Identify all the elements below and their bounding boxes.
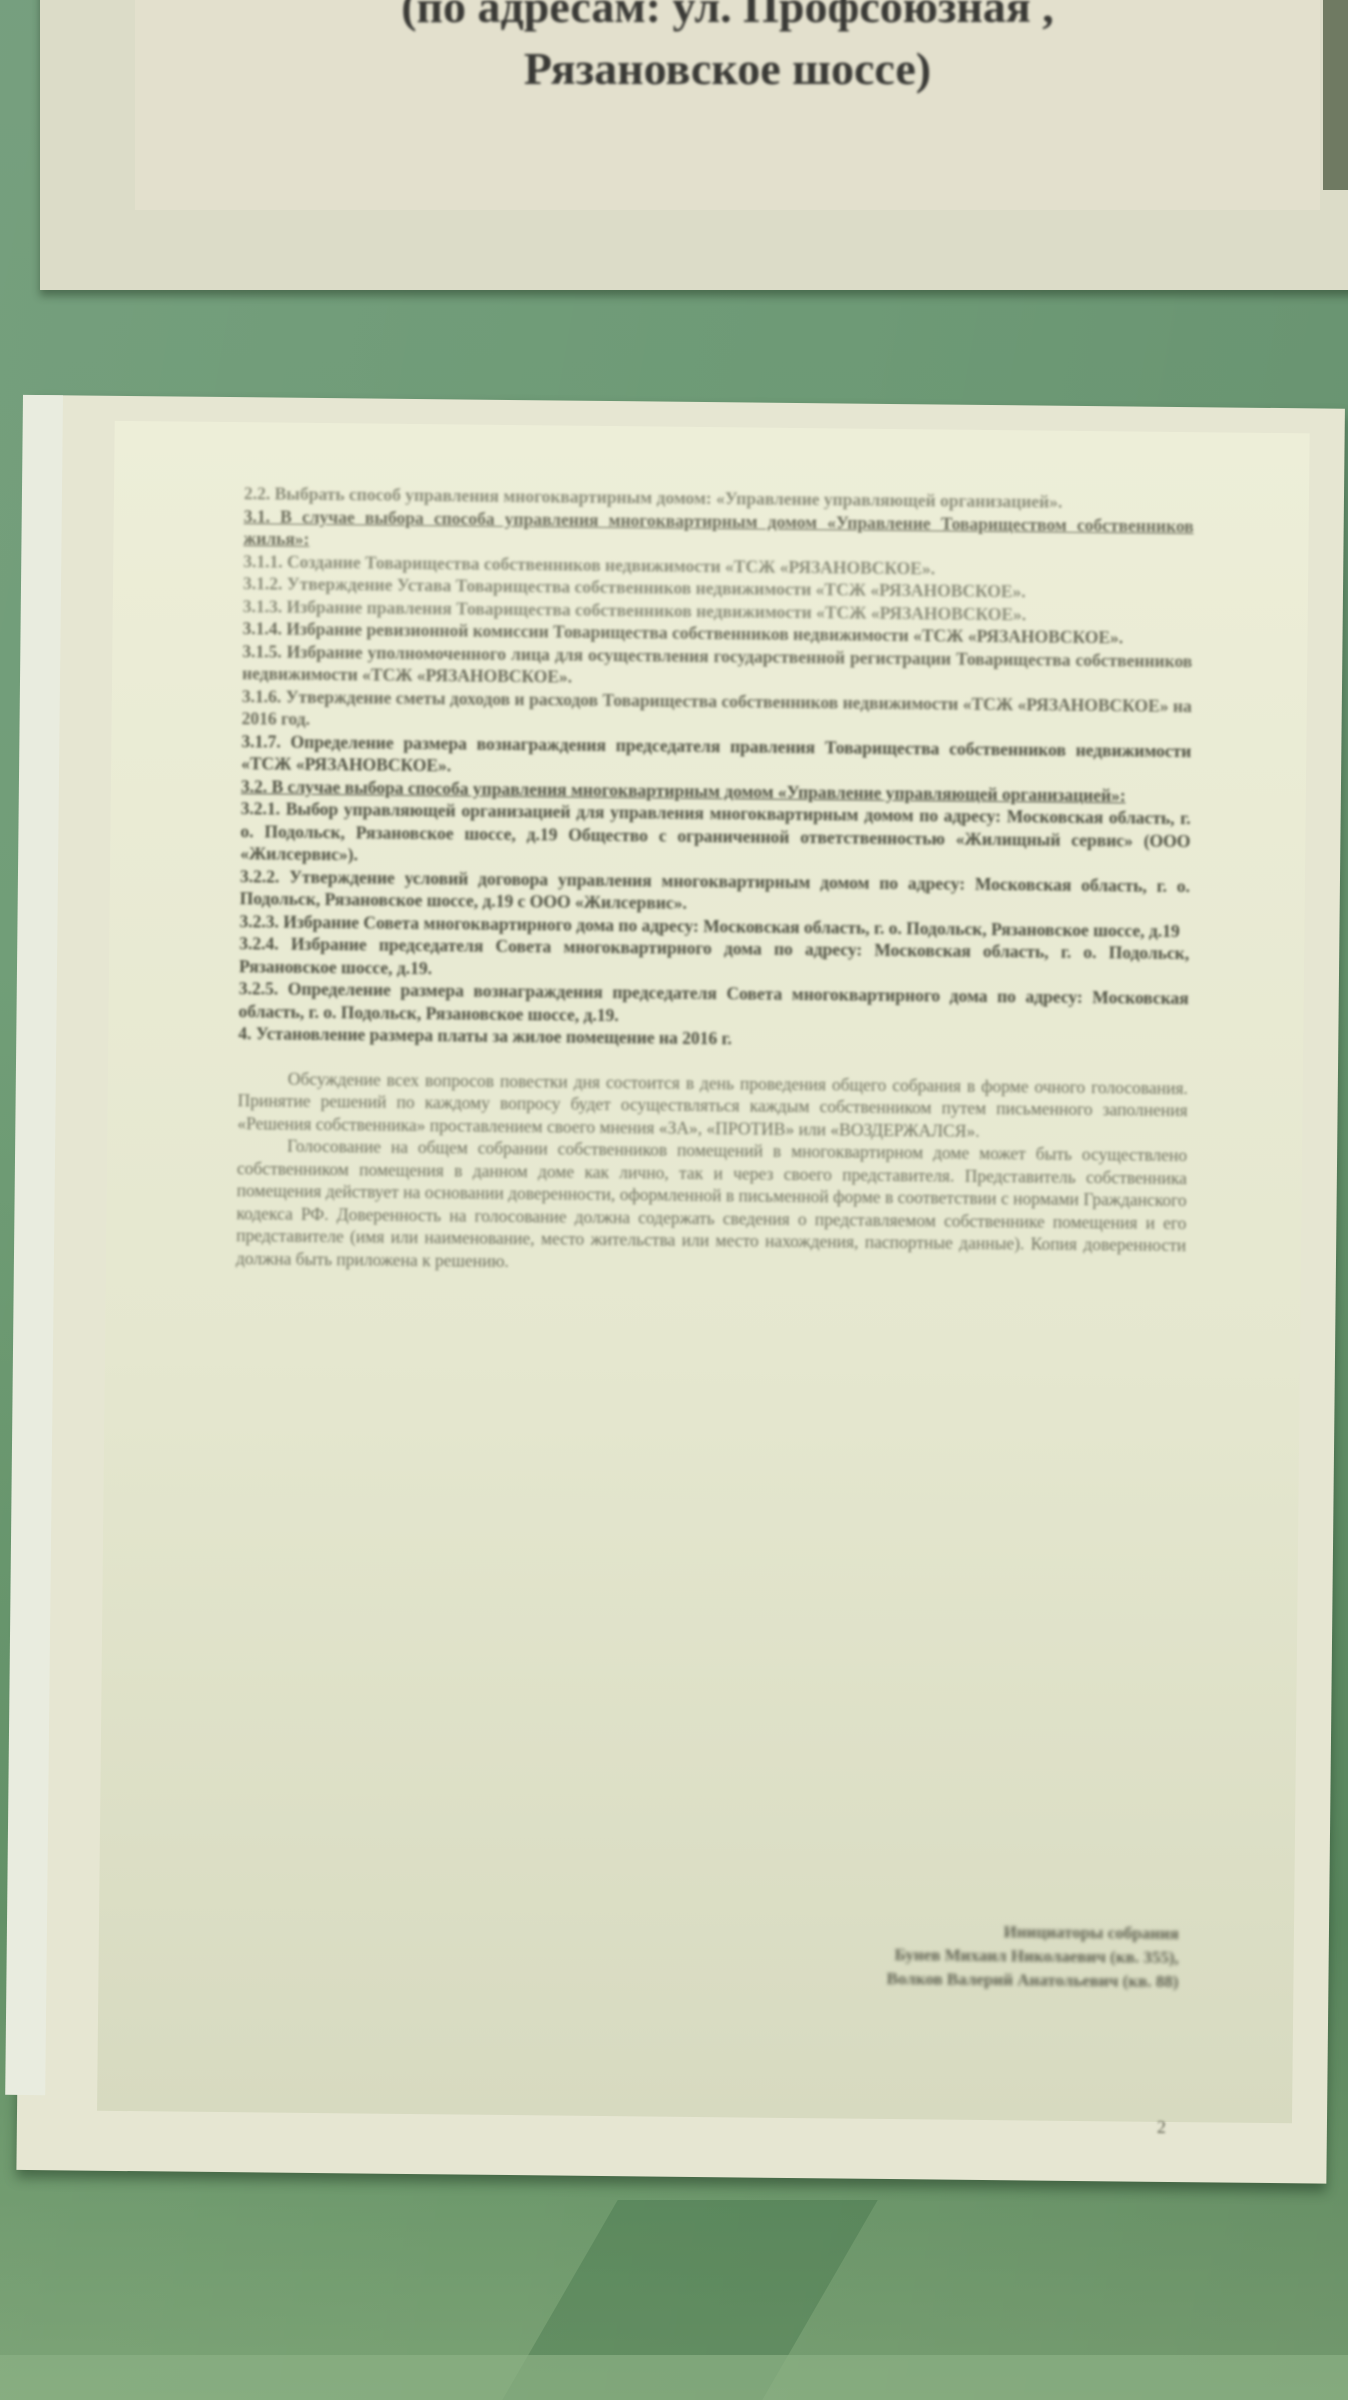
signatory: Волков Валерий Анатольевич (кв. 88) [698,1965,1178,1994]
top-notice-frame: (по адресам: ул. Профсоюзная , Рязановск… [40,0,1348,290]
document-body: 2.2. Выбрать способ управления многоквар… [236,482,1194,1279]
top-notice-sheet: (по адресам: ул. Профсоюзная , Рязановск… [135,0,1320,210]
signature-block: Инициаторы собрания Бунев Михаил Николае… [698,1917,1179,1994]
paragraph-voting: Голосование на общем собрании собственни… [236,1134,1187,1279]
top-notice-title: (по адресам: ул. Профсоюзная , Рязановск… [135,0,1320,100]
item-3-2-1: 3.2.1. Выбор управляющей организацией дл… [240,797,1191,874]
document-page: 2.2. Выбрать способ управления многоквар… [97,421,1310,2123]
top-notice-title-line1: (по адресам: ул. Профсоюзная , [135,0,1320,38]
frame-strip [1323,0,1348,190]
document-frame: 2.2. Выбрать способ управления многоквар… [16,395,1345,2184]
paragraph-discussion: Обсуждение всех вопросов повестки дня со… [237,1067,1188,1144]
top-notice-title-line2: Рязановское шоссе) [135,38,1320,100]
wall-baseboard [0,2355,1348,2400]
page-number: 2 [1157,2117,1166,2138]
